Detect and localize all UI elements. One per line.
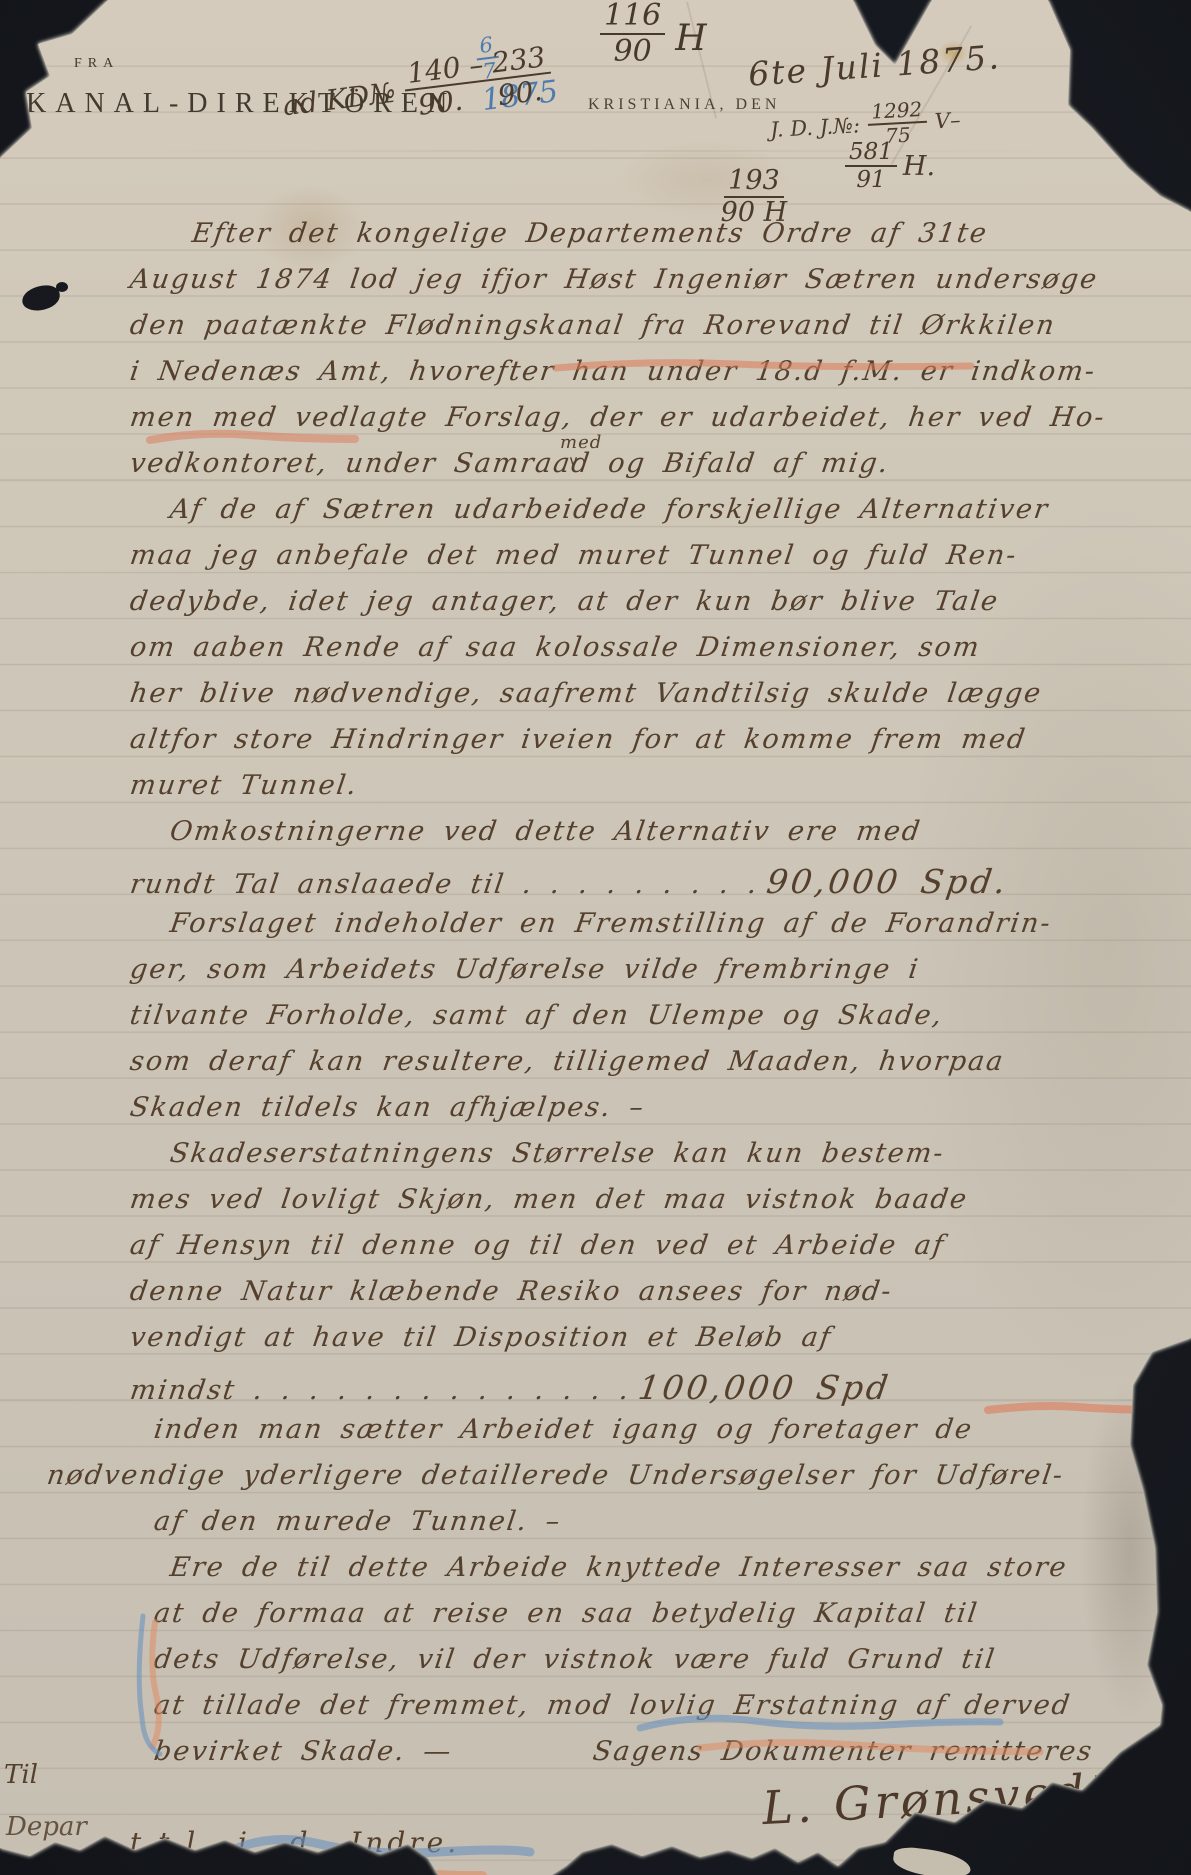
letter-line: i Nedenæs Amt, hvorefter han under 18.d … — [128, 356, 1098, 387]
letter-line: at tillade det fremmet, mod lovlig Ersta… — [152, 1690, 1073, 1721]
letter-line: vendigt at have til Disposition et Beløb… — [128, 1322, 834, 1353]
letter-line: mes ved lovligt Skjøn, men det maa vistn… — [128, 1184, 970, 1215]
letter-line: August 1874 lod jeg ifjor Høst Ingeniør … — [128, 264, 1100, 295]
scanned-letter-page: FRA KANAL-DIREKTÖREN KRISTIANIA, DEN 67 … — [0, 0, 1191, 1875]
red-underline-nedenaes — [150, 434, 355, 440]
letter-line: Omkostningerne ved dette Alternativ ere … — [168, 816, 924, 847]
registry-top-fraction: 11690 H — [600, 0, 707, 67]
letter-line: om aaben Rende af saa kolossale Dimensio… — [128, 632, 983, 663]
letter-line: her blive nødvendige, saafremt Vandtilsi… — [128, 678, 1044, 709]
address-partial-line: t t l i d Indre. — [130, 1826, 460, 1859]
paper-wrap: FRA KANAL-DIREKTÖREN KRISTIANIA, DEN 67 … — [0, 0, 1191, 1875]
paper: FRA KANAL-DIREKTÖREN KRISTIANIA, DEN 67 … — [0, 0, 1191, 1875]
registry-ref3: 58191 H. — [845, 140, 935, 192]
letter-line: inden man sætter Arbeidet igang og foret… — [152, 1414, 975, 1445]
journal-suffix: V– — [934, 108, 961, 133]
letter-line: Forslaget indeholder en Fremstilling af … — [168, 908, 1054, 939]
letter-line: vedkontoret, under Samraad og Bifald af … — [128, 448, 892, 479]
address-til: Til — [4, 1760, 38, 1790]
letter-line: ger, som Arbeidets Udførelse vilde fremb… — [128, 954, 922, 985]
letter-line: Skadeserstatningens Størrelse kan kun be… — [168, 1138, 947, 1169]
letter-line: maa jeg anbefale det med muret Tunnel og… — [128, 540, 1020, 571]
letter-line: Skaden tildels kan afhjælpes. – — [128, 1092, 647, 1123]
letter-line: nødvendige yderligere detaillerede Under… — [45, 1460, 1066, 1491]
letter-line: tilvante Forholde, samt af den Ulempe og… — [128, 1000, 945, 1031]
blue-margin-line — [139, 1616, 160, 1754]
letter-line: denne Natur klæbende Resiko ansees for n… — [128, 1276, 895, 1307]
letter-line: som deraf kan resultere, tilligemed Maad… — [128, 1046, 1007, 1077]
letter-line: altfor store Hindringer iveien for at ko… — [128, 724, 1029, 755]
red-squiggle-bottom — [252, 1866, 482, 1875]
amount-value: 100,000 Spd — [636, 1368, 893, 1407]
letter-line: muret Tunnel. — [128, 770, 360, 801]
ink-blot-hole — [56, 282, 68, 292]
letter-line: dedybde, idet jeg antager, at der kun bø… — [128, 586, 1001, 617]
letter-line: af den murede Tunnel. – — [152, 1506, 563, 1537]
insertion-caret: ∨ — [568, 452, 579, 470]
letter-line: dets Udførelse, vil der vistnok være ful… — [152, 1644, 998, 1675]
ink-blot-hole — [21, 283, 62, 312]
letter-line: Af de af Sætren udarbeidede forskjellige… — [168, 494, 1051, 525]
signature: L. Grønsvedt — [761, 1763, 1112, 1835]
letter-line: mindst . . . . . . . . . . . . . .100,00… — [128, 1368, 893, 1407]
stain — [1080, 1380, 1180, 1720]
registry-top-suffix: H — [675, 18, 706, 59]
letter-line: af Hensyn til denne og til den ved et Ar… — [128, 1230, 947, 1261]
letter-line: at de formaa at reise en saa betydelig K… — [152, 1598, 981, 1629]
letter-line: Ere de til dette Arbeide knyttede Intere… — [168, 1552, 1070, 1583]
amount-value: 90,000 Spd. — [764, 862, 1011, 901]
letter-line: men med vedlagte Forslag, der er udarbei… — [128, 402, 1108, 433]
address-department: Depar — [6, 1812, 87, 1842]
journal-label: J. D. J.№: — [770, 113, 861, 142]
letter-line: rundt Tal anslaaede til . . . . . . . . … — [128, 862, 1011, 901]
red-underline-amount — [988, 1406, 1166, 1410]
letter-line: den paatænkte Flødningskanal fra Rorevan… — [128, 310, 1058, 341]
letter-line: bevirket Skade. — Sagens Dokumenter remi… — [152, 1736, 1095, 1767]
letter-line: Efter det kongelige Departements Ordre a… — [190, 218, 990, 249]
ad-note-text: ad KD№ — [281, 76, 398, 123]
red-margin-line — [152, 1622, 159, 1746]
inserted-word: med — [560, 432, 602, 453]
handwritten-date: 6te Juli 1875. — [747, 37, 1002, 94]
letterhead-fra: FRA — [74, 56, 119, 72]
ref3-suffix: H. — [903, 151, 935, 182]
letterhead-place: KRISTIANIA, DEN — [588, 96, 780, 114]
